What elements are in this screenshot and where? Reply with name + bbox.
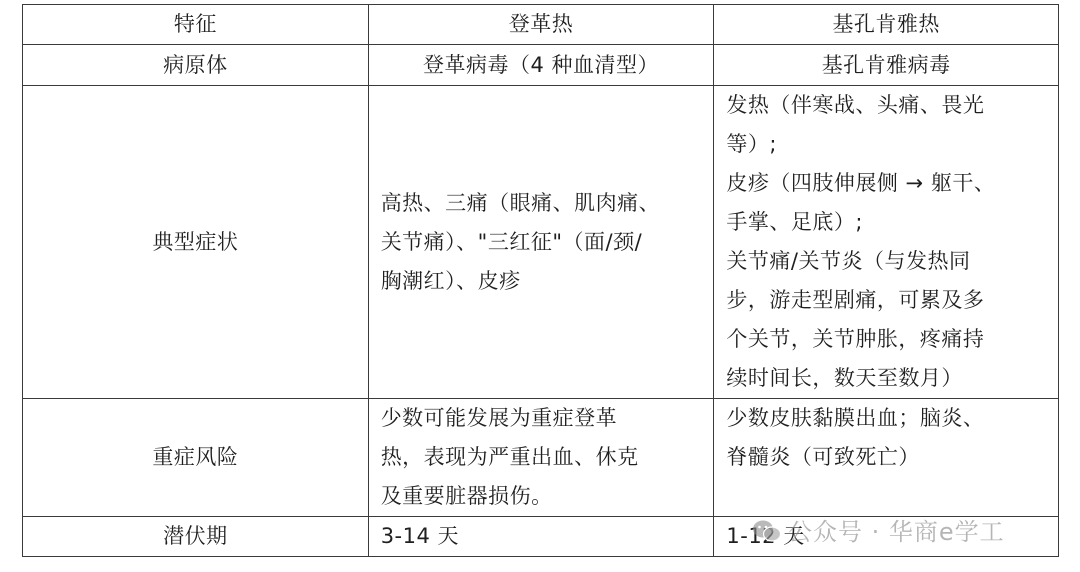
feature-cell: 潜伏期: [23, 517, 369, 557]
table-row-pathogen: 病原体 登革病毒（4 种血清型） 基孔肯雅病毒: [23, 45, 1059, 86]
dengue-cell: 3-14 天: [368, 517, 714, 557]
feature-cell: 典型症状: [23, 86, 369, 399]
chikungunya-cell: 基孔肯雅病毒: [714, 45, 1059, 86]
cell-line: 关节痛/关节炎（与发热同: [726, 242, 1046, 281]
comparison-table: 特征 登革热 基孔肯雅热 病原体 登革病毒（4 种血清型） 基孔肯雅病毒 典型症…: [22, 4, 1059, 557]
cell-line: 高热、三痛（眼痛、肌肉痛、: [381, 184, 702, 223]
cell-line: 发热（伴寒战、头痛、畏光: [726, 86, 1046, 125]
cell-line: 个关节，关节肿胀，疼痛持: [726, 320, 1046, 359]
cell-line: 等）;: [726, 125, 1046, 164]
cell-line: 热，表现为严重出血、休克: [381, 438, 702, 477]
table-row-severe-risk: 重症风险 少数可能发展为重症登革 热，表现为严重出血、休克 及重要脏器损伤。 少…: [23, 399, 1059, 517]
cell-line: 少数皮肤黏膜出血；脑炎、: [726, 399, 1046, 438]
cell-line: 续时间长，数天至数月）: [726, 359, 1046, 398]
header-chikungunya: 基孔肯雅热: [714, 5, 1059, 45]
cell-line: 少数可能发展为重症登革: [381, 399, 702, 438]
chikungunya-cell: 少数皮肤黏膜出血；脑炎、 脊髓炎（可致死亡）: [714, 399, 1059, 517]
cell-line: 脊髓炎（可致死亡）: [726, 438, 1046, 477]
cell-line: 胸潮红）、皮疹: [381, 262, 702, 301]
cell-line: 皮疹（四肢伸展侧 → 躯干、: [726, 164, 1046, 203]
dengue-cell: 登革病毒（4 种血清型）: [368, 45, 714, 86]
cell-line: 关节痛）、"三红征"（面/颈/: [381, 223, 702, 262]
watermark: 公众号 · 华商e学工: [752, 512, 1005, 547]
cell-line: 手掌、足底）;: [726, 203, 1046, 242]
cell-line: 步，游走型剧痛，可累及多: [726, 281, 1046, 320]
chikungunya-cell: 发热（伴寒战、头痛、畏光 等）; 皮疹（四肢伸展侧 → 躯干、 手掌、足底）; …: [714, 86, 1059, 399]
header-dengue: 登革热: [368, 5, 714, 45]
dengue-cell: 高热、三痛（眼痛、肌肉痛、 关节痛）、"三红征"（面/颈/ 胸潮红）、皮疹: [368, 86, 714, 399]
cell-line: 及重要脏器损伤。: [381, 477, 702, 516]
header-row: 特征 登革热 基孔肯雅热: [23, 5, 1059, 45]
wechat-icon: [752, 519, 782, 543]
dengue-cell: 少数可能发展为重症登革 热，表现为严重出血、休克 及重要脏器损伤。: [368, 399, 714, 517]
watermark-text: 公众号 · 华商e学工: [788, 518, 1005, 546]
feature-cell: 病原体: [23, 45, 369, 86]
table-row-symptoms: 典型症状 高热、三痛（眼痛、肌肉痛、 关节痛）、"三红征"（面/颈/ 胸潮红）、…: [23, 86, 1059, 399]
header-feature: 特征: [23, 5, 369, 45]
feature-cell: 重症风险: [23, 399, 369, 517]
